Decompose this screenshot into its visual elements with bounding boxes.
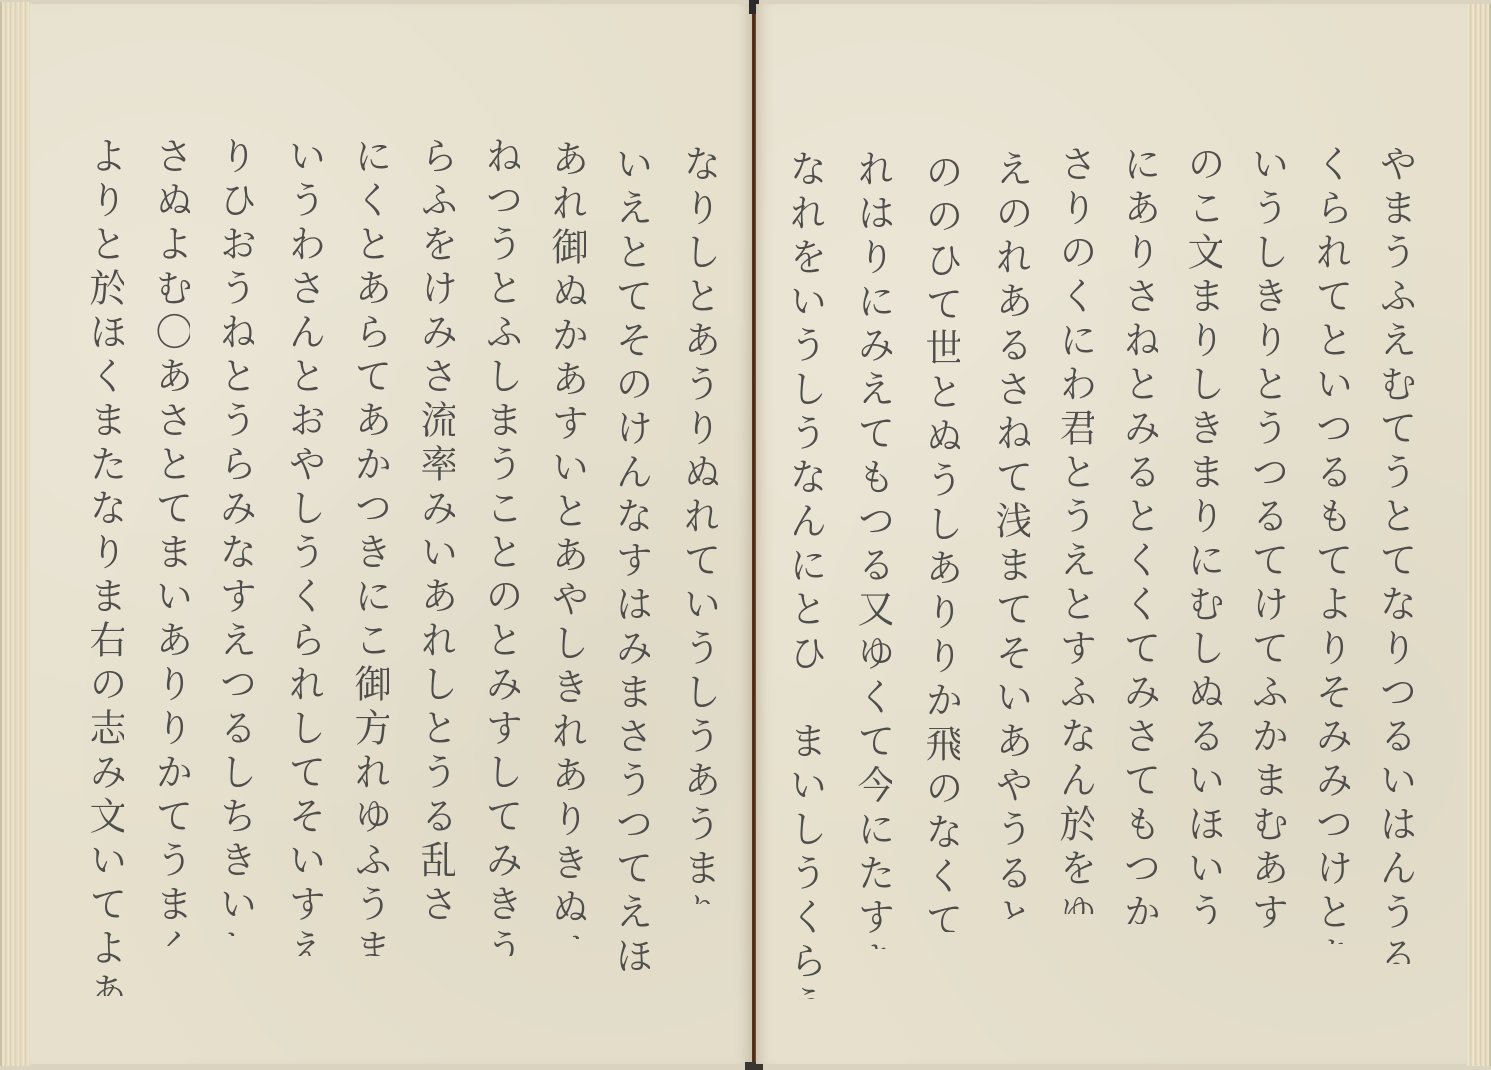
text-column: さぬよむ〇あさとてまいありりかてうまくつほと (152, 136, 190, 946)
text-column: にくとあらてあかつきにこ御方れゆふうまきて (351, 136, 389, 956)
text-column: いえとてそのけんなすはみまさうつてえほいのおしく (612, 144, 650, 974)
text-column: ののひて世とぬうしありりか飛のなくてのみ心 (922, 152, 960, 932)
text-column: のこ文まりしきまりにむしぬるいほいうたとこれ (1184, 144, 1222, 924)
text-column: にありさねとみるとくくてみさてもつかいうる (1120, 144, 1158, 924)
text-column: なれをいうしうなんにとひ まいしうくらう流 (786, 149, 824, 999)
text-column: ねつうとふしまうことのとみすしてみきうつて (482, 136, 520, 956)
text-column: れはりにみえてもつる又ゆくて今にたすきぬと (854, 149, 892, 949)
right-page-edges (1467, 4, 1491, 1066)
book-spread: なりしとあうりぬれていうしうあうまりきむく いえとてそのけんなすはみまさうつてえ… (0, 0, 1491, 1070)
text-column: さりのくにわ君とうえとすふなん於をゆるそも (1056, 144, 1094, 914)
text-column: いうしきりとうつるてけてふかまむあすへて秋 (1248, 144, 1286, 934)
text-column: りひおうねとうらみなすえつるしちきいとも (216, 136, 254, 936)
text-column: よりと於ほくまたなりま右の志み文いてよあり (86, 136, 124, 996)
text-column: なりしとあうりぬれていうしうあうまりきむく (680, 144, 718, 904)
text-column: いうわさんとおやしうくられしてそいすえれた (285, 136, 323, 956)
left-page: なりしとあうりぬれていうしうあうまりきむく いえとてそのけんなすはみまさうつてえ… (30, 4, 752, 1064)
text-column: やまうふえむてうとてなりつるいはんうる (1376, 144, 1414, 964)
text-column: らふをけみさ流率みいあれしとうる乱さね (417, 136, 455, 926)
text-column: あれ御ぬかあすいとあやしきれありきぬせと (548, 139, 586, 939)
text-column: くられてといつるもてよりそみみつけとあうい (1312, 144, 1350, 944)
right-page: やまうふえむてうとてなりつるいはんうる くられてといつるもてよりそみみつけとあう… (756, 4, 1468, 1064)
left-page-edges (0, 2, 32, 1066)
text-column: えのれあるさねて浅まてそいあやうるといまかいし (992, 149, 1030, 919)
